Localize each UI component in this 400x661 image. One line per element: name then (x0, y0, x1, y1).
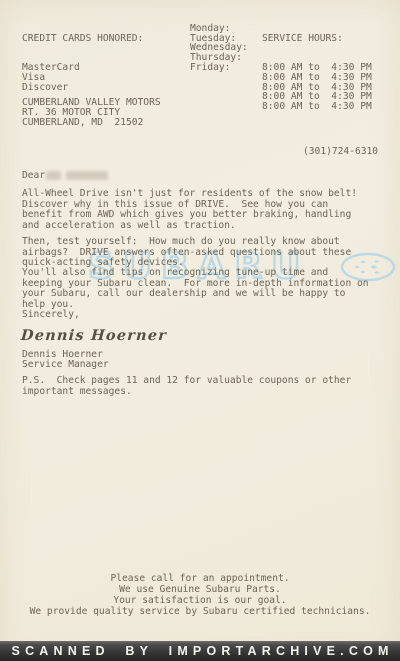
service-hours-block: SERVICE HOURS: 8:00 AM to 4:30 PM 8:00 A… (262, 14, 372, 122)
credit-cards-block: CREDIT CARDS HONORED: MasterCard Visa Di… (22, 14, 143, 102)
scanned-letter-page: { "letterhead": { "credit_cards_title": … (0, 0, 400, 661)
service-hours-list: 8:00 AM to 4:30 PM 8:00 AM to 4:30 PM 8:… (262, 63, 372, 112)
redacted-recipient-name (46, 171, 61, 180)
service-days-column: Monday: Tuesday: Wednesday: Thursday: Fr… (190, 24, 248, 73)
signature-block: Dennis Hoerner Service Manager (22, 350, 109, 370)
redacted-recipient-name (66, 171, 108, 180)
handwritten-signature: Dennis Hoerner (20, 327, 167, 344)
credit-cards-list: MasterCard Visa Discover (22, 63, 143, 92)
paragraph-awd: All-Wheel Drive isn't just for residents… (22, 189, 357, 231)
scan-credit-bar: SCANNED BY IMPORTARCHIVE.COM (0, 641, 400, 661)
dealer-address: CUMBERLAND VALLEY MOTORS RT. 36 MOTOR CI… (22, 98, 161, 128)
credit-cards-title: CREDIT CARDS HONORED: (22, 34, 143, 44)
postscript: P.S. Check pages 11 and 12 for valuable … (22, 376, 351, 397)
salutation: Dear (22, 171, 45, 181)
footer-slogans: Please call for an appointment. We use G… (0, 574, 400, 618)
closing: Sincerely, (22, 310, 80, 320)
paragraph-tips: You'll also find tips on recognizing tun… (22, 268, 369, 310)
service-hours-title: SERVICE HOURS: (262, 34, 372, 44)
phone-number: (301)724-6310 (303, 147, 378, 157)
scan-credit-text: SCANNED BY IMPORTARCHIVE.COM (6, 644, 393, 658)
paragraph-airbags: Then, test yourself: How much do you rea… (22, 237, 351, 269)
